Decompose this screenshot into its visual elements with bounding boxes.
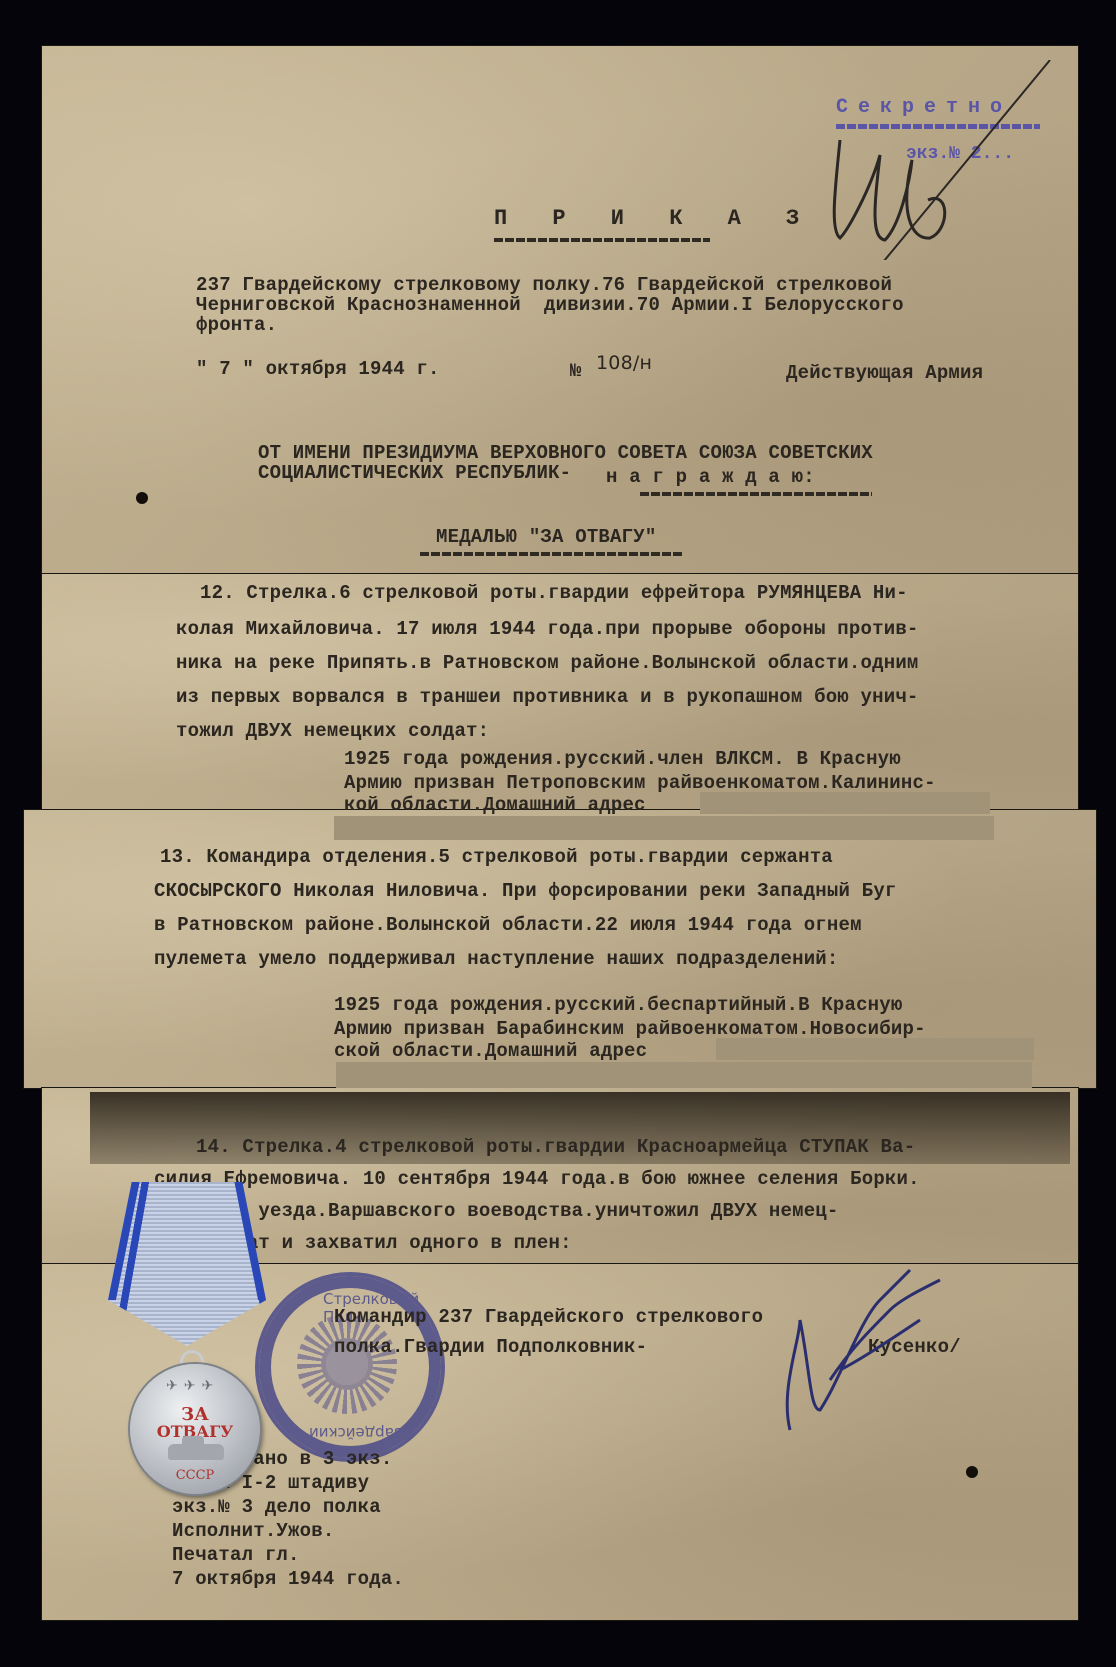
entry-12-line-4: из первых ворвался в траншеи противника … bbox=[176, 686, 919, 708]
redacted-address bbox=[336, 1062, 1032, 1088]
regiment-seal: Стрелковый Полк Гвардейский bbox=[255, 1272, 445, 1462]
order-date: " 7 " октября 1944 г. bbox=[196, 358, 440, 380]
handwritten-number-icon bbox=[820, 60, 1060, 260]
signature-line-2: полка.Гвардии Подполковник- bbox=[334, 1336, 647, 1358]
medal-title: МЕДАЛЬЮ "ЗА ОТВАГУ" bbox=[436, 526, 656, 548]
punch-hole bbox=[966, 1466, 978, 1478]
medal-country: СССР bbox=[130, 1468, 260, 1483]
footer-line-6: 7 октября 1944 года. bbox=[172, 1568, 404, 1590]
entry-14-line-3: Минского уезда.Варшавского воеводства.ун… bbox=[154, 1200, 839, 1222]
punch-hole bbox=[136, 492, 148, 504]
entry-12-bio-3: кой области.Домашний адрес bbox=[344, 794, 646, 816]
awards-word: н а г р а ж д а ю: bbox=[606, 466, 815, 488]
entry-12-line-5: тожил ДВУХ немецких солдат: bbox=[176, 720, 489, 742]
entry-13-bio-3: ской области.Домашний адрес bbox=[334, 1040, 647, 1062]
medal-for-courage: ✈✈✈ ЗА ОТВАГУ СССР bbox=[130, 1364, 260, 1494]
entry-12-bio-1: 1925 года рождения.русский.член ВЛКСМ. В… bbox=[344, 748, 901, 770]
redacted-address bbox=[716, 1038, 1034, 1060]
entry-13-line-2: СКОСЫРСКОГО Николая Ниловича. При форсир… bbox=[154, 880, 897, 902]
medal-planes-icon: ✈✈✈ bbox=[166, 1378, 219, 1394]
award-intro-line-2: СОЦИАЛИСТИЧЕСКИХ РЕСПУБЛИК- bbox=[258, 462, 571, 484]
seal-emblem-icon bbox=[297, 1314, 397, 1414]
entry-14-line-1: 14. Стрелка.4 стрелковой роты.гвардии Кр… bbox=[196, 1136, 915, 1158]
medal-tank-icon bbox=[168, 1444, 224, 1460]
entry-14-line-2: силия Ефремовича. 10 сентября 1944 года.… bbox=[154, 1168, 920, 1190]
entry-12-line-2: колая Михайловича. 17 июля 1944 года.при… bbox=[176, 618, 919, 640]
entry-12-line-3: ника на реке Припять.в Ратновском районе… bbox=[176, 652, 919, 674]
awards-underline bbox=[640, 492, 872, 496]
entry-13-bio-2: Армию призван Барабинским райвоенкоматом… bbox=[334, 1018, 926, 1040]
award-intro-line-1: ОТ ИМЕНИ ПРЕЗИДИУМА ВЕРХОВНОГО СОВЕТА СО… bbox=[258, 442, 873, 464]
entry-13-line-3: в Ратновском районе.Волынской области.22… bbox=[154, 914, 862, 936]
handwritten-signature-icon bbox=[780, 1260, 960, 1440]
unit-line-3: фронта. bbox=[196, 314, 277, 336]
signature-line-1: Командир 237 Гвардейского стрелкового bbox=[334, 1306, 763, 1328]
location: Действующая Армия bbox=[786, 362, 983, 384]
footer-line-5: Печатал гл. bbox=[172, 1544, 300, 1566]
entry-13-line-1: 13. Командира отделения.5 стрелковой рот… bbox=[160, 846, 833, 868]
seal-bottom-text: Гвардейский bbox=[309, 1424, 412, 1442]
redacted-address bbox=[700, 792, 990, 814]
footer-line-3: экз.№ 3 дело полка bbox=[172, 1496, 381, 1518]
order-number: 108/н bbox=[596, 352, 652, 374]
redacted-address bbox=[334, 816, 994, 840]
entry-13-bio-1: 1925 года рождения.русский.беспартийный.… bbox=[334, 994, 903, 1016]
entry-12-line-1: 12. Стрелка.6 стрелковой роты.гвардии еф… bbox=[200, 582, 908, 604]
unit-line-2: Черниговской Краснознаменной дивизии.70 … bbox=[196, 294, 904, 316]
footer-line-4: Исполнит.Ужов. bbox=[172, 1520, 334, 1542]
page-title: П Р И К А З bbox=[494, 206, 815, 231]
order-number-label: № bbox=[570, 360, 582, 382]
medal-title-underline bbox=[420, 552, 682, 556]
entry-13-line-4: пулемета умело поддерживал наступление н… bbox=[154, 948, 839, 970]
title-underline bbox=[494, 238, 710, 242]
entry-12-bio-2: Армию призван Петроповским райвоенкомато… bbox=[344, 772, 936, 794]
unit-line-1: 237 Гвардейскому стрелковому полку.76 Гв… bbox=[196, 274, 892, 296]
